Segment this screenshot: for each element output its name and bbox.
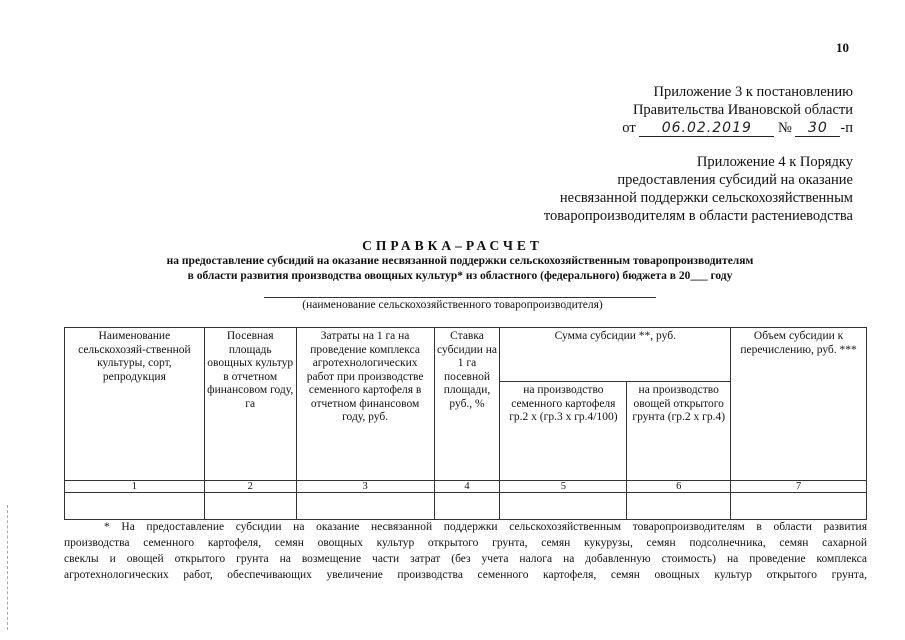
- column-number: 4: [434, 481, 500, 493]
- header-crop-name: Наименование сельскохозяй-ственной культ…: [65, 328, 205, 481]
- column-number: 5: [500, 481, 627, 493]
- subtitle-line2: в области развития производства овощных …: [60, 269, 860, 284]
- header-subsidy-sum: Сумма субсидии **, руб.: [500, 328, 731, 382]
- column-number: 6: [627, 481, 731, 493]
- table-cell: [434, 493, 500, 520]
- date-prefix: от: [622, 120, 635, 136]
- document-subtitle: на предоставление субсидий на оказание н…: [60, 254, 860, 284]
- column-number: 7: [731, 481, 867, 493]
- column-number: 2: [204, 481, 296, 493]
- header-subsidy-transfer: Объем субсидии к перечислению, руб. ***: [731, 328, 867, 481]
- calculation-table: Наименование сельскохозяй-ственной культ…: [64, 327, 867, 520]
- decree-date: 06.02.2019: [639, 121, 774, 137]
- appendix-4-line4: товаропроизводителям в области растениев…: [544, 207, 853, 225]
- page-number: 10: [836, 40, 849, 56]
- appendix-3-line2: Правительства Ивановской области: [622, 101, 853, 119]
- appendix-4-line1: Приложение 4 к Порядку: [544, 153, 853, 171]
- header-open-ground-vegetables: на производство овощей открытого грунта …: [627, 382, 731, 481]
- appendix-3-date-line: от 06.02.2019 № 30-п: [622, 119, 853, 137]
- table-cell: [296, 493, 434, 520]
- header-seed-potato: на производство семенного картофеля гр.2…: [500, 382, 627, 481]
- producer-name-line: [264, 297, 656, 298]
- footnote-line: * На предоставление субсидии на оказание…: [64, 519, 867, 535]
- scan-edge-mark: [7, 505, 9, 630]
- header-sown-area: Посевная площадь овощных культур в отчет…: [204, 328, 296, 481]
- footnote-line: производства семенного картофеля, семян …: [64, 535, 867, 551]
- column-number: 1: [65, 481, 205, 493]
- subtitle-line1: на предоставление субсидий на оказание н…: [60, 254, 860, 269]
- appendix-4-line2: предоставления субсидий на оказание: [544, 171, 853, 189]
- decree-number: 30: [795, 121, 840, 137]
- column-number: 3: [296, 481, 434, 493]
- appendix-4-header: Приложение 4 к Порядку предоставления су…: [544, 153, 853, 225]
- appendix-3-line1: Приложение 3 к постановлению: [622, 83, 853, 101]
- table-cell: [627, 493, 731, 520]
- document-title: СПРАВКА–РАСЧЕТ: [0, 238, 905, 254]
- column-number-row: 1 2 3 4 5 6 7: [65, 481, 867, 493]
- footnote-line: свеклы и овощей открытого грунта на возм…: [64, 551, 867, 567]
- table-cell: [204, 493, 296, 520]
- footnote: * На предоставление субсидии на оказание…: [64, 519, 867, 583]
- producer-caption: (наименование сельскохозяйственного това…: [0, 299, 905, 311]
- table-cell: [500, 493, 627, 520]
- number-sign: №: [778, 120, 792, 136]
- table-cell: [65, 493, 205, 520]
- header-costs-per-ha: Затраты на 1 га на проведение комплекса …: [296, 328, 434, 481]
- table-row: [65, 493, 867, 520]
- appendix-3-header: Приложение 3 к постановлению Правительст…: [622, 83, 853, 137]
- footnote-line: агротехнологических работ, обеспечивающи…: [64, 567, 867, 583]
- number-suffix: -п: [840, 120, 853, 136]
- header-subsidy-rate: Ставка субсидии на 1 га посевной площади…: [434, 328, 500, 481]
- table-cell: [731, 493, 867, 520]
- appendix-4-line3: несвязанной поддержки сельскохозяйственн…: [544, 189, 853, 207]
